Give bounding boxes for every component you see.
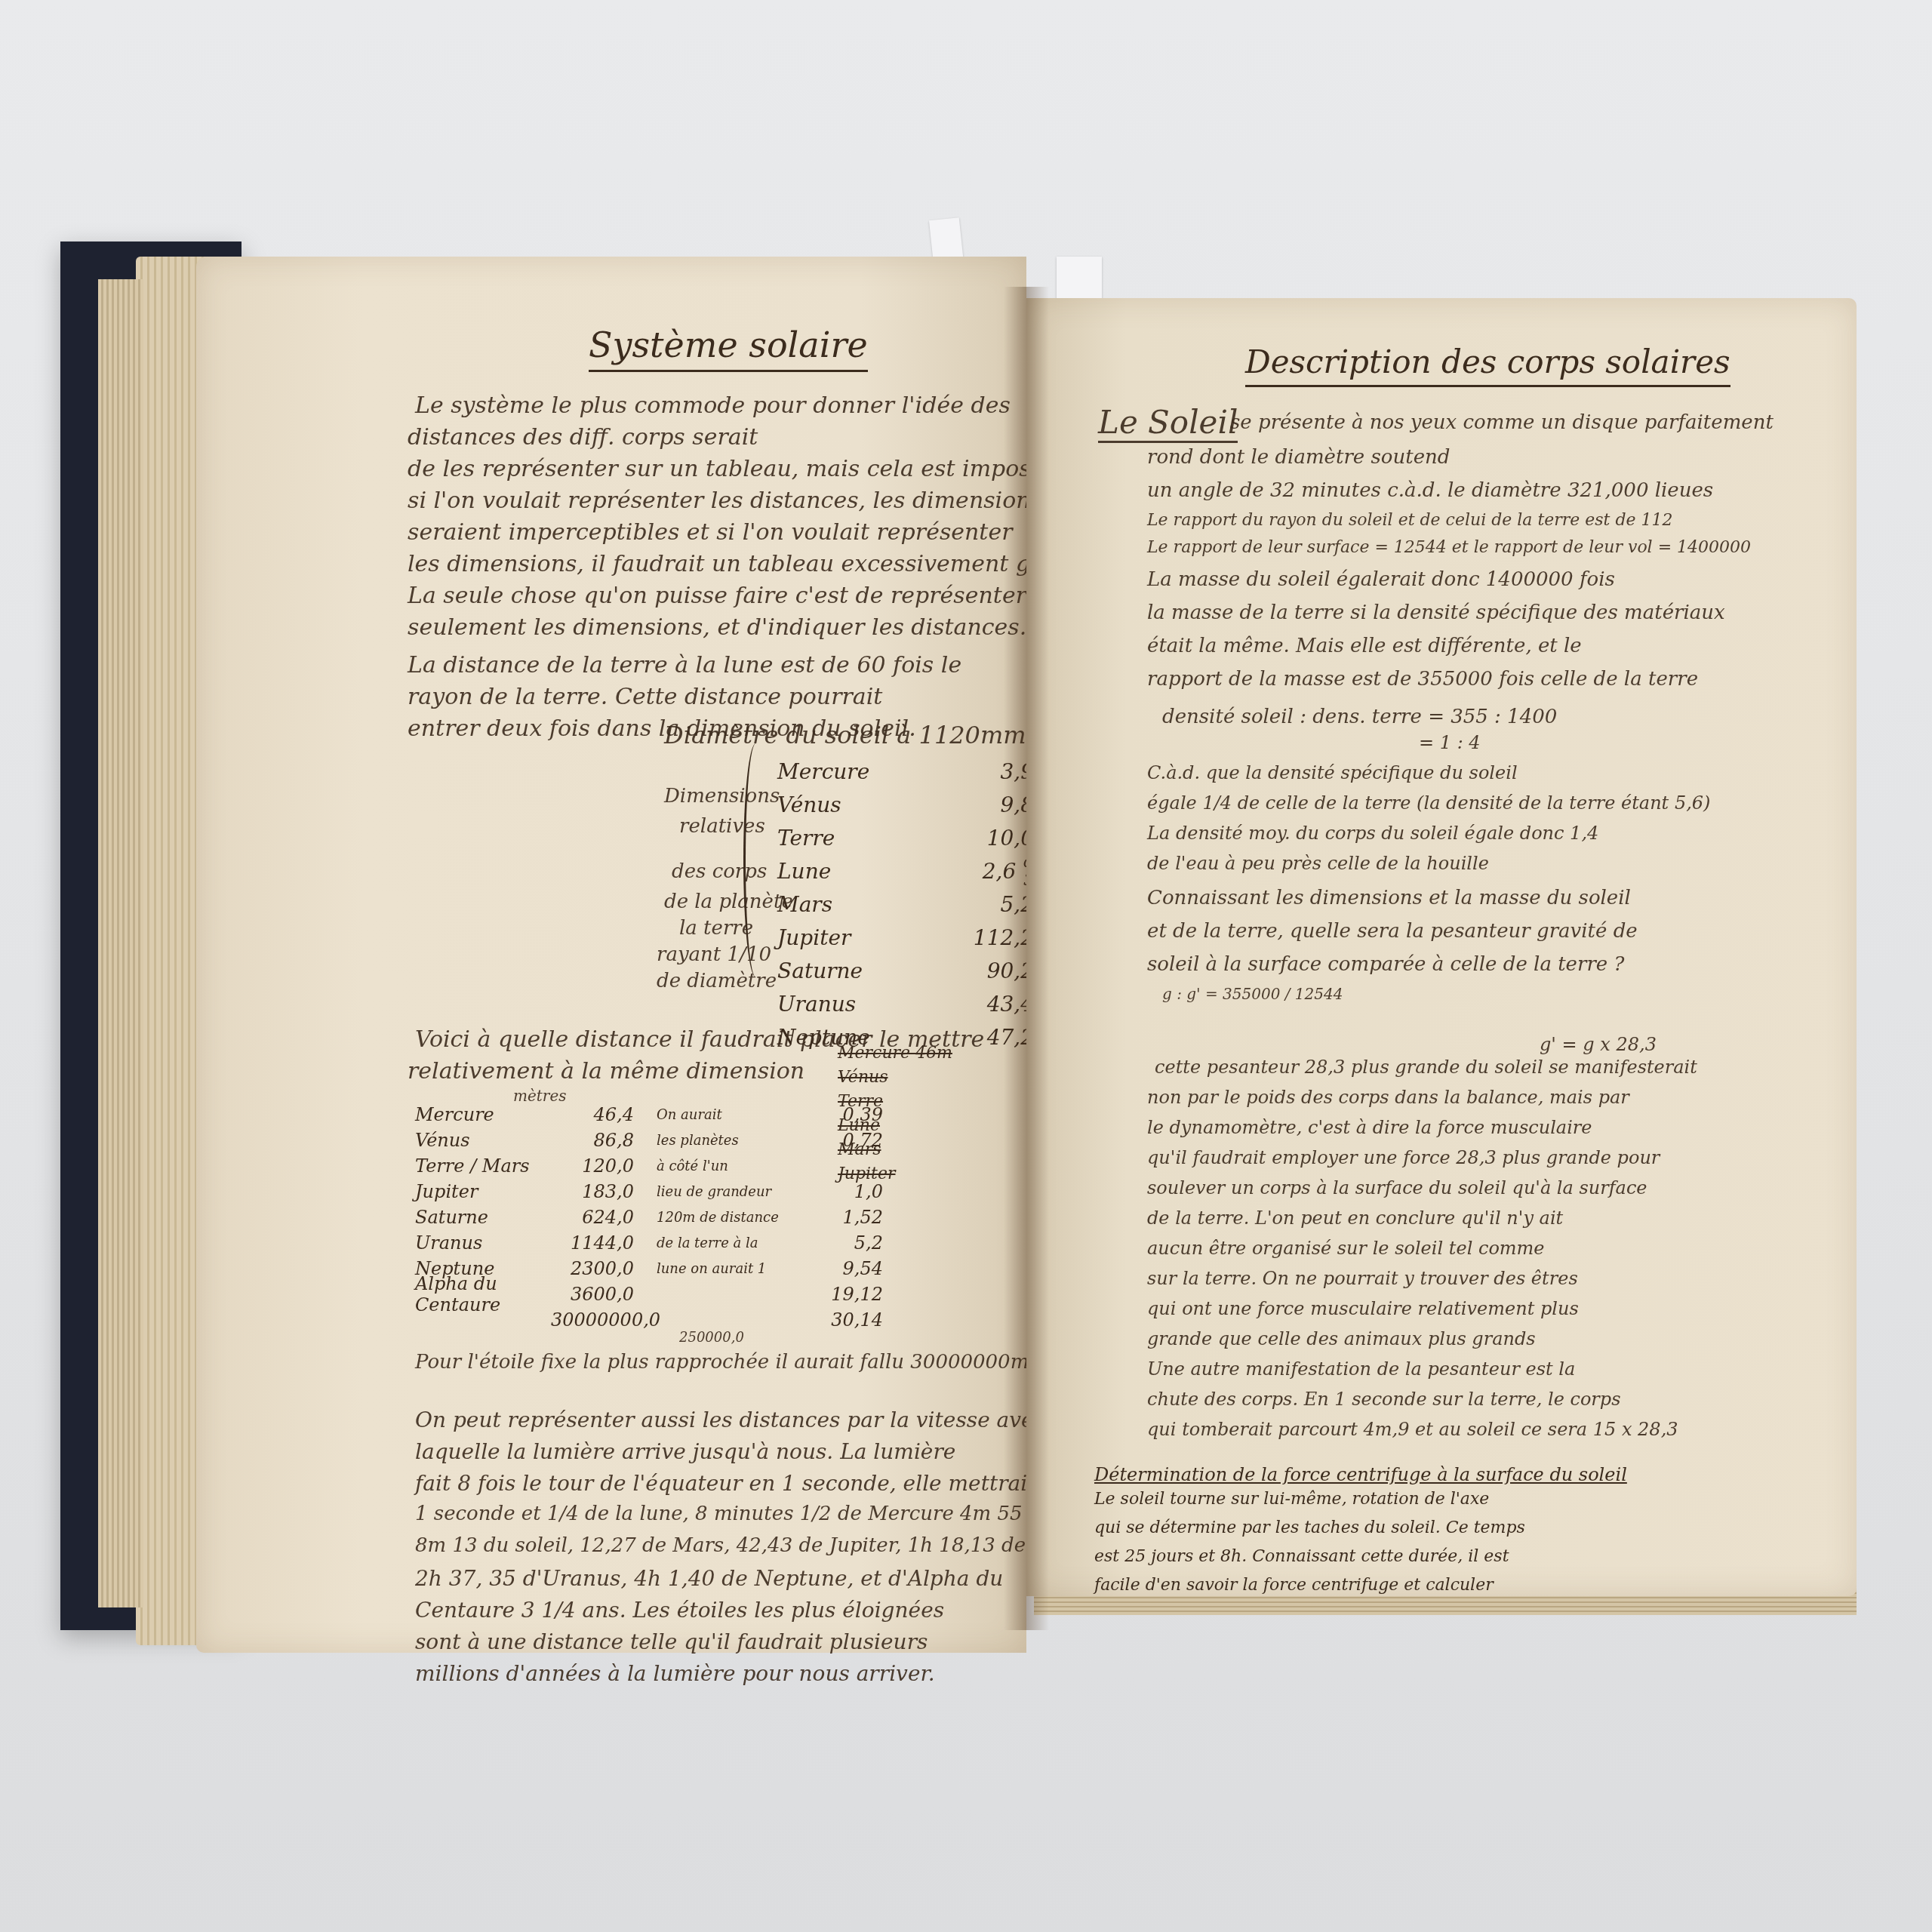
body-name: Jupiter — [777, 925, 913, 950]
table-row: Mercure46,4On aurait0,39 — [415, 1102, 883, 1128]
bookmark-tab — [1057, 257, 1102, 302]
diameter-heading: Diamètre du soleil à 1120mm,6 — [664, 721, 1049, 749]
text-line: Centaure 3 1/4 ans. Les étoiles les plus… — [415, 1598, 944, 1623]
distance-value: 2300,0 — [551, 1258, 634, 1279]
scaled-value: 30,14 — [808, 1309, 883, 1331]
body-name: Mars — [777, 892, 913, 917]
text-line: millions d'années à la lumière pour nous… — [415, 1661, 935, 1686]
text-line: sont à une distance telle qu'il faudrait… — [415, 1629, 928, 1654]
distance-note: lune on aurait 1 — [634, 1261, 808, 1277]
distance-value: 624,0 — [551, 1207, 634, 1228]
text-line: distances des diff. corps serait — [408, 424, 758, 451]
distance-value: 30000000,0 — [551, 1309, 634, 1331]
text-line: qu'il faudrait employer une force 28,3 p… — [1147, 1147, 1660, 1168]
crossed-item: Lune — [838, 1114, 952, 1138]
text-line: La densité moy. du corps du soleil égale… — [1147, 823, 1598, 844]
text-line: Le rapport de leur surface = 12544 et le… — [1147, 538, 1751, 557]
text-line: Le rapport du rayon du soleil et de celu… — [1147, 511, 1673, 530]
centrifugal-section: Détermination de la force centrifuge à l… — [1094, 1464, 1811, 1600]
text-line: était la même. Mais elle est différente,… — [1147, 635, 1582, 657]
scaled-value: 5,2 — [808, 1232, 883, 1254]
text-line: qui tomberait parcourt 4m,9 et au soleil… — [1147, 1419, 1678, 1440]
body-name: Alpha du Centaure — [415, 1273, 551, 1315]
table-row: Uranus1144,0de la terre à la5,2 — [415, 1230, 883, 1256]
table-row: Alpha du Centaure3600,019,12 — [415, 1281, 883, 1307]
text-line: la masse de la terre si la densité spéci… — [1147, 601, 1725, 624]
text-line: et de la terre, quelle sera la pesanteur… — [1147, 920, 1638, 943]
body-name: Vénus — [415, 1130, 551, 1151]
body-name: Lune — [777, 859, 903, 884]
text-line: qui se détermine par les taches du solei… — [1094, 1514, 1811, 1543]
text-line: soulever un corps à la surface du soleil… — [1147, 1177, 1647, 1198]
distance-value: 3600,0 — [551, 1284, 634, 1305]
distance-note: les planètes — [634, 1133, 808, 1149]
text-line: C.à.d. que la densité spécifique du sole… — [1147, 762, 1518, 783]
text-line: sur la terre. On ne pourrait y trouver d… — [1147, 1268, 1578, 1289]
table-row: Vénus86,8les planètes0,72 — [415, 1128, 883, 1153]
grouping-brace — [743, 743, 768, 977]
distances-table: Mercure46,4On aurait0,39 Vénus86,8les pl… — [415, 1102, 883, 1333]
text-line: soleil à la surface comparée à celle de … — [1147, 953, 1624, 976]
text-line: égale 1/4 de celle de la terre (la densi… — [1147, 792, 1710, 814]
centrifugal-text: Le soleil tourne sur lui-même, rotation … — [1094, 1485, 1811, 1600]
page-edges — [98, 279, 143, 1607]
text-line: un angle de 32 minutes c.à.d. le diamètr… — [1147, 479, 1713, 502]
crossed-side-list: Mercure 46m Vénus Terre Lune Mars Jupite… — [838, 1041, 952, 1186]
text-line: non par le poids des corps dans la balan… — [1147, 1087, 1629, 1108]
text-line: densité soleil : dens. terre = 355 : 140… — [1162, 706, 1557, 728]
text-line: La distance de la terre à la lune est de… — [408, 652, 961, 678]
scaled-value: 19,12 — [808, 1284, 883, 1305]
text-line: grande que celle des animaux plus grands — [1147, 1328, 1536, 1349]
body-name: Saturne — [415, 1207, 551, 1228]
distance-value: 86,8 — [551, 1130, 634, 1151]
body-name: Uranus — [777, 992, 913, 1017]
distance-note: de la terre à la — [634, 1235, 808, 1251]
closing-value: 250000,0 — [679, 1330, 744, 1346]
text-line: = 1 : 4 — [1419, 732, 1481, 753]
distance-note: On aurait — [634, 1107, 808, 1123]
crossed-item: Terre — [838, 1090, 952, 1114]
distance-note: 120m de distance — [634, 1210, 808, 1226]
body-name: Vénus — [777, 792, 913, 817]
text-line: La seule chose qu'on puisse faire c'est … — [408, 583, 1026, 609]
body-name: Terre — [777, 826, 913, 851]
distance-value: 1144,0 — [551, 1232, 634, 1254]
section-heading-sun: Le Soleil — [1098, 404, 1238, 443]
right-page: Description des corps solaires Le Soleil… — [1026, 298, 1857, 1596]
formula-line: g : g' = 355000 / 12544 — [1162, 985, 1343, 1003]
text-line: Le système le plus commode pour donner l… — [415, 392, 1011, 419]
right-page-title: Description des corps solaires — [1245, 343, 1730, 387]
left-page-title: Système solaire — [589, 325, 868, 372]
body-name: Jupiter — [415, 1181, 551, 1202]
table-row: Jupiter183,0lieu de grandeur1,0 — [415, 1179, 883, 1204]
text-line: On peut représenter aussi les distances … — [415, 1407, 1045, 1432]
closing-line: Pour l'étoile fixe la plus rapprochée il… — [415, 1351, 1029, 1374]
text-line: le dynamomètre, c'est à dire la force mu… — [1147, 1117, 1592, 1138]
text-line: rayon de la terre. Cette distance pourra… — [408, 684, 882, 710]
text-line: cette pesanteur 28,3 plus grande du sole… — [1155, 1057, 1697, 1078]
text-line: de l'eau à peu près celle de la houille — [1147, 853, 1489, 874]
text-line: Connaissant les dimensions et la masse d… — [1147, 887, 1631, 909]
table-row: Terre / Mars120,0à côté l'un — [415, 1153, 883, 1179]
body-name: Uranus — [415, 1232, 551, 1254]
formula-value: g' = g x 28,3 — [1540, 1034, 1657, 1055]
side-label-line: de la planète — [664, 891, 793, 913]
text-line: est 25 jours et 8h. Connaissant cette du… — [1094, 1543, 1811, 1571]
distance-intro-line: relativement à la même dimension — [408, 1058, 804, 1084]
section-heading-centrifugal: Détermination de la force centrifuge à l… — [1094, 1464, 1811, 1485]
text-line: 2h 37, 35 d'Uranus, 4h 1,40 de Neptune, … — [415, 1566, 1003, 1591]
text-line: se présente à nos yeux comme un disque p… — [1230, 411, 1774, 434]
text-line: chute des corps. En 1 seconde sur la ter… — [1147, 1389, 1621, 1410]
text-line: rond dont le diamètre soutend — [1147, 446, 1450, 469]
body-value: 2,6 — [903, 859, 1016, 884]
text-line: rapport de la masse est de 355000 fois c… — [1147, 668, 1698, 691]
text-line: laquelle la lumière arrive jusqu'à nous.… — [415, 1439, 955, 1464]
distance-value: 46,4 — [551, 1104, 634, 1125]
body-name: Saturne — [777, 958, 913, 983]
distance-note: lieu de grandeur — [634, 1184, 808, 1200]
text-line: La masse du soleil égalerait donc 140000… — [1147, 568, 1615, 591]
text-line: de la terre. L'on peut en conclure qu'il… — [1147, 1207, 1563, 1229]
crossed-item: Mars — [838, 1138, 952, 1162]
crossed-item: Mercure 46m — [838, 1041, 952, 1066]
text-line: fait 8 fois le tour de l'équateur en 1 s… — [415, 1471, 1035, 1496]
scaled-value: 1,52 — [808, 1207, 883, 1228]
table-row: Saturne624,0120m de distance1,52 — [415, 1204, 883, 1230]
scaled-value: 9,54 — [808, 1258, 883, 1279]
crossed-item: Vénus — [838, 1066, 952, 1090]
distance-value: 120,0 — [551, 1155, 634, 1177]
distance-value: 183,0 — [551, 1181, 634, 1202]
text-line: si l'on voulait représenter les distance… — [408, 488, 1042, 514]
book-gutter — [1004, 287, 1049, 1630]
text-line: Une autre manifestation de la pesanteur … — [1147, 1358, 1575, 1380]
text-line: seraient imperceptibles et si l'on voula… — [408, 519, 1013, 546]
text-line: aucun être organisé sur le soleil tel co… — [1147, 1238, 1545, 1259]
text-line: de les représenter sur un tableau, mais … — [408, 456, 1084, 482]
left-page: Système solaire Le système le plus commo… — [196, 257, 1026, 1653]
text-line: qui ont une force musculaire relativemen… — [1147, 1298, 1579, 1319]
text-line: les dimensions, il faudrait un tableau e… — [408, 551, 1091, 577]
crossed-item: Jupiter — [838, 1162, 952, 1186]
body-name: Terre / Mars — [415, 1155, 551, 1177]
text-line: facile d'en savoir la force centrifuge e… — [1094, 1571, 1811, 1600]
distance-note: à côté l'un — [634, 1158, 808, 1174]
side-label-line: la terre — [679, 917, 753, 940]
text-line: seulement les dimensions, et d'indiquer … — [408, 614, 1026, 641]
text-line: Le soleil tourne sur lui-même, rotation … — [1094, 1485, 1811, 1514]
body-name: Mercure — [415, 1104, 551, 1125]
body-name: Mercure — [777, 759, 913, 784]
